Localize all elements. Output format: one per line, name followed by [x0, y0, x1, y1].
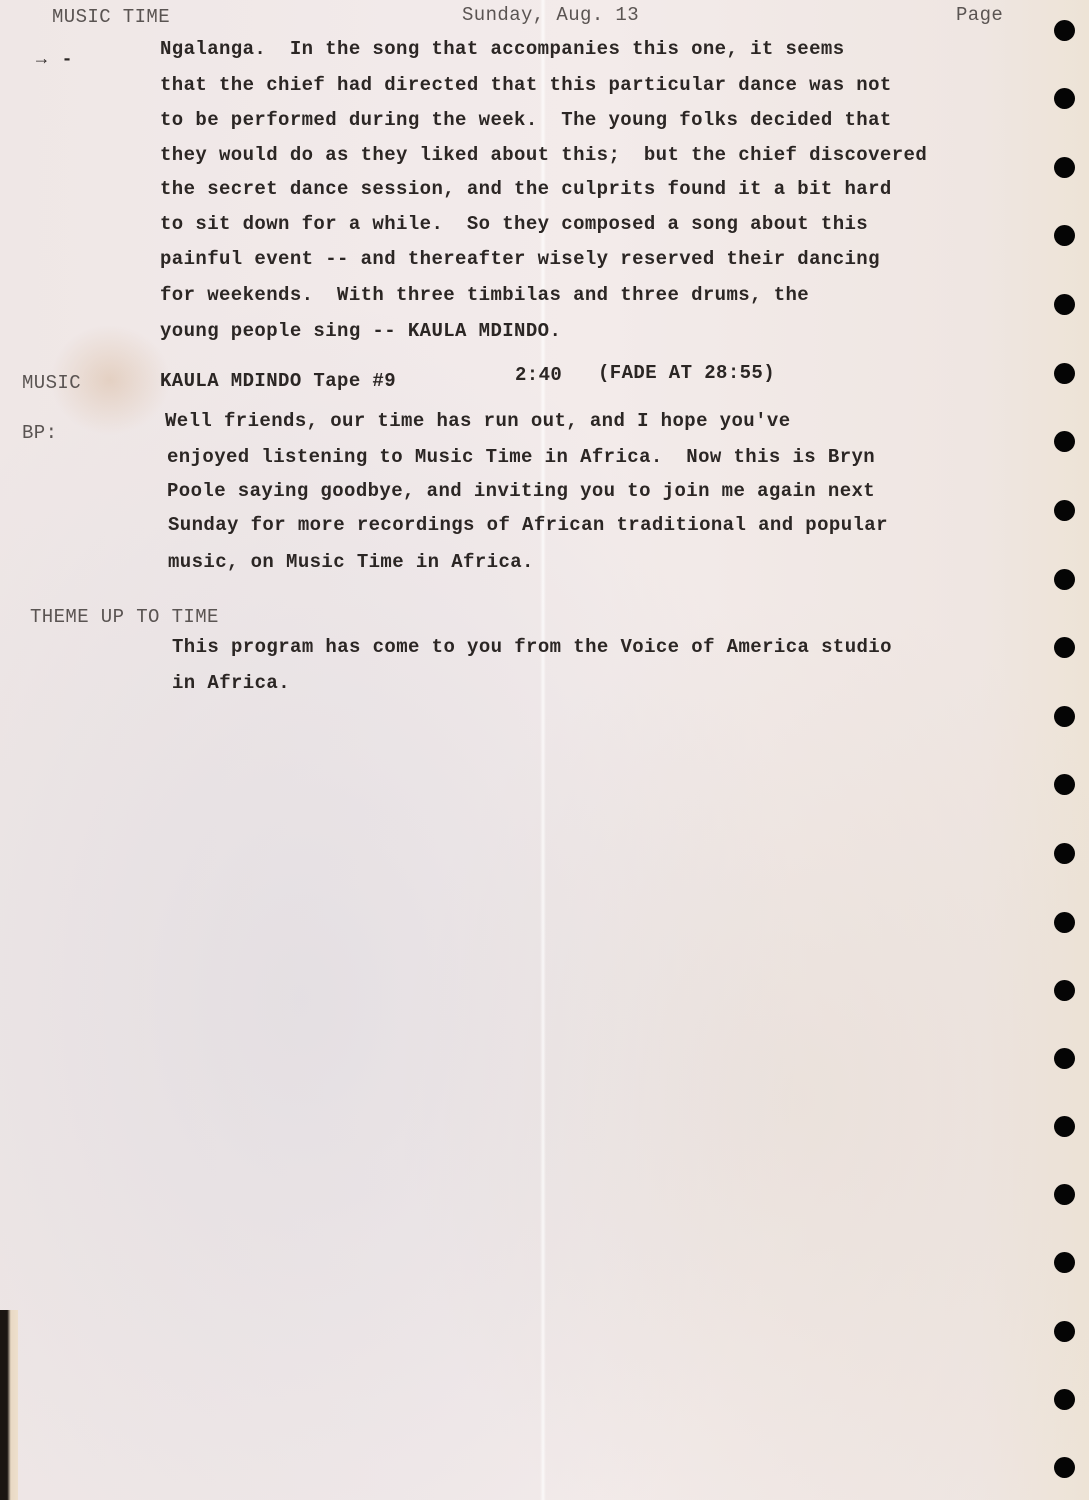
- header-date: Sunday, Aug. 13: [462, 6, 639, 25]
- header-page-label: Page: [956, 6, 1003, 25]
- punch-hole-icon: [1054, 294, 1075, 315]
- narration-line: for weekends. With three timbilas and th…: [160, 286, 809, 305]
- speaker-line: enjoyed listening to Music Time in Afric…: [167, 448, 875, 467]
- punch-hole-icon: [1054, 980, 1075, 1001]
- music-cue-label: MUSIC: [22, 374, 81, 393]
- narration-line: to be performed during the week. The you…: [160, 111, 892, 130]
- punch-hole-icon: [1054, 774, 1075, 795]
- punch-hole-icon: [1054, 88, 1075, 109]
- punch-hole-icon: [1054, 157, 1075, 178]
- speaker-line: Poole saying goodbye, and inviting you t…: [167, 482, 875, 501]
- torn-paper-edge: [0, 1310, 18, 1500]
- speaker-line: Sunday for more recordings of African tr…: [168, 516, 888, 535]
- punch-hole-icon: [1054, 1116, 1075, 1137]
- narration-line: the secret dance session, and the culpri…: [160, 180, 892, 199]
- punch-hole-icon: [1054, 637, 1075, 658]
- music-cue-fade-note: (FADE AT 28:55): [598, 364, 775, 383]
- speaker-line: Well friends, our time has run out, and …: [165, 412, 791, 431]
- punch-hole-icon: [1054, 1252, 1075, 1273]
- closing-line: This program has come to you from the Vo…: [172, 638, 892, 657]
- punch-hole-icon: [1054, 1457, 1075, 1478]
- punch-hole-icon: [1054, 363, 1075, 384]
- punch-hole-icon: [1054, 1048, 1075, 1069]
- typewritten-script-page: MUSIC TIME Sunday, Aug. 13 Page → - Ngal…: [0, 0, 1089, 1500]
- punch-hole-icon: [1054, 843, 1075, 864]
- header-program-title: MUSIC TIME: [52, 8, 170, 27]
- narration-line: that the chief had directed that this pa…: [160, 76, 892, 95]
- speaker-label: BP:: [22, 424, 57, 443]
- music-cue-duration: 2:40: [515, 366, 562, 385]
- narration-line: Ngalanga. In the song that accompanies t…: [160, 40, 845, 59]
- punch-hole-icon: [1054, 225, 1075, 246]
- narration-line: they would do as they liked about this; …: [160, 146, 927, 165]
- theme-cue: THEME UP TO TIME: [30, 608, 219, 627]
- punch-hole-icon: [1054, 500, 1075, 521]
- speaker-line: music, on Music Time in Africa.: [168, 553, 534, 572]
- punch-hole-icon: [1054, 431, 1075, 452]
- punch-hole-icon: [1054, 706, 1075, 727]
- closing-line: in Africa.: [172, 674, 290, 693]
- punch-hole-icon: [1054, 912, 1075, 933]
- narration-line: to sit down for a while. So they compose…: [160, 215, 868, 234]
- punch-hole-icon: [1054, 20, 1075, 41]
- punch-hole-icon: [1054, 1321, 1075, 1342]
- punch-hole-icon: [1054, 1389, 1075, 1410]
- music-cue-title: KAULA MDINDO Tape #9: [160, 372, 396, 391]
- punch-hole-icon: [1054, 569, 1075, 590]
- narration-line: painful event -- and thereafter wisely r…: [160, 250, 880, 269]
- punch-hole-icon: [1054, 1184, 1075, 1205]
- narration-line: young people sing -- KAULA MDINDO.: [160, 322, 561, 341]
- continuation-arrow-icon: → -: [36, 50, 74, 70]
